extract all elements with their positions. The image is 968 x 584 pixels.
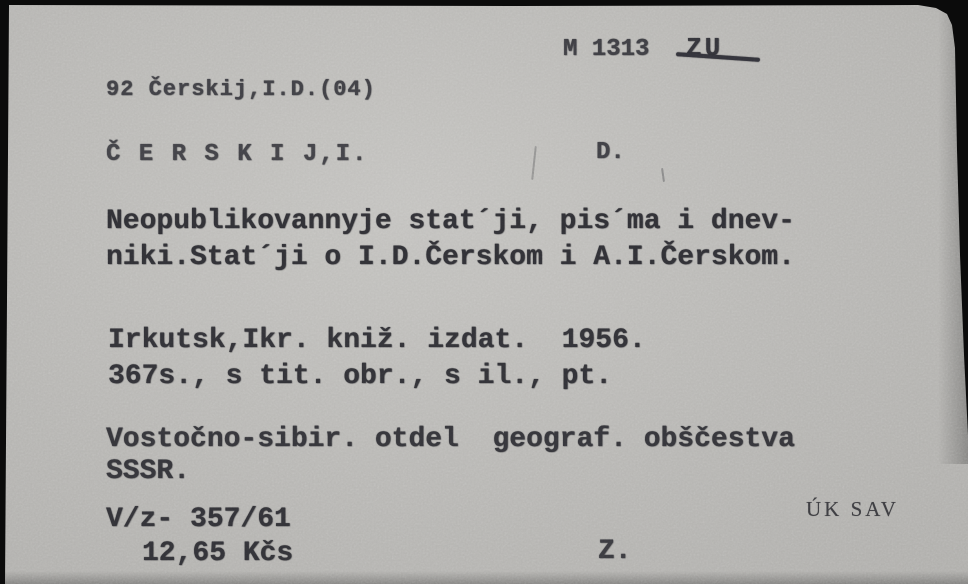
series-line-1: Vostočno-sibir. otdel geograf. obščestva <box>106 424 795 455</box>
accession-number: V/z- 357/61 <box>106 504 291 535</box>
bottom-edge-shadow <box>0 571 968 584</box>
reference-number: M 1313 <box>563 36 649 63</box>
series-line-2: SSSR. <box>106 456 190 487</box>
collation-line: 367s., s tit. obr., s il., pt. <box>108 361 612 392</box>
title-line-1: Neopublikovannyje stat´ji, pis´ma i dnev… <box>106 206 795 237</box>
cataloger-initial: Z. <box>598 536 632 567</box>
price: 12,65 Kčs <box>142 538 293 569</box>
call-number-line: 92 Čerskij,I.D.(04) <box>106 77 376 102</box>
heading-initial: D. <box>596 139 625 166</box>
pen-mark-right <box>661 168 665 182</box>
library-stamp: ÚK SAV <box>806 497 899 522</box>
pen-mark-left <box>531 146 537 180</box>
imprint-line: Irkutsk,Ikr. kniž. izdat. 1956. <box>108 325 646 356</box>
catalog-card: M 1313 ZU 92 Čerskij,I.D.(04) Č E R S K … <box>0 0 968 584</box>
author-heading: Č E R S K I J,I. <box>106 141 368 168</box>
right-edge-shadow <box>938 0 968 464</box>
title-line-2: niki.Stat´ji o I.D.Čerskom i A.I.Čerskom… <box>106 242 795 273</box>
